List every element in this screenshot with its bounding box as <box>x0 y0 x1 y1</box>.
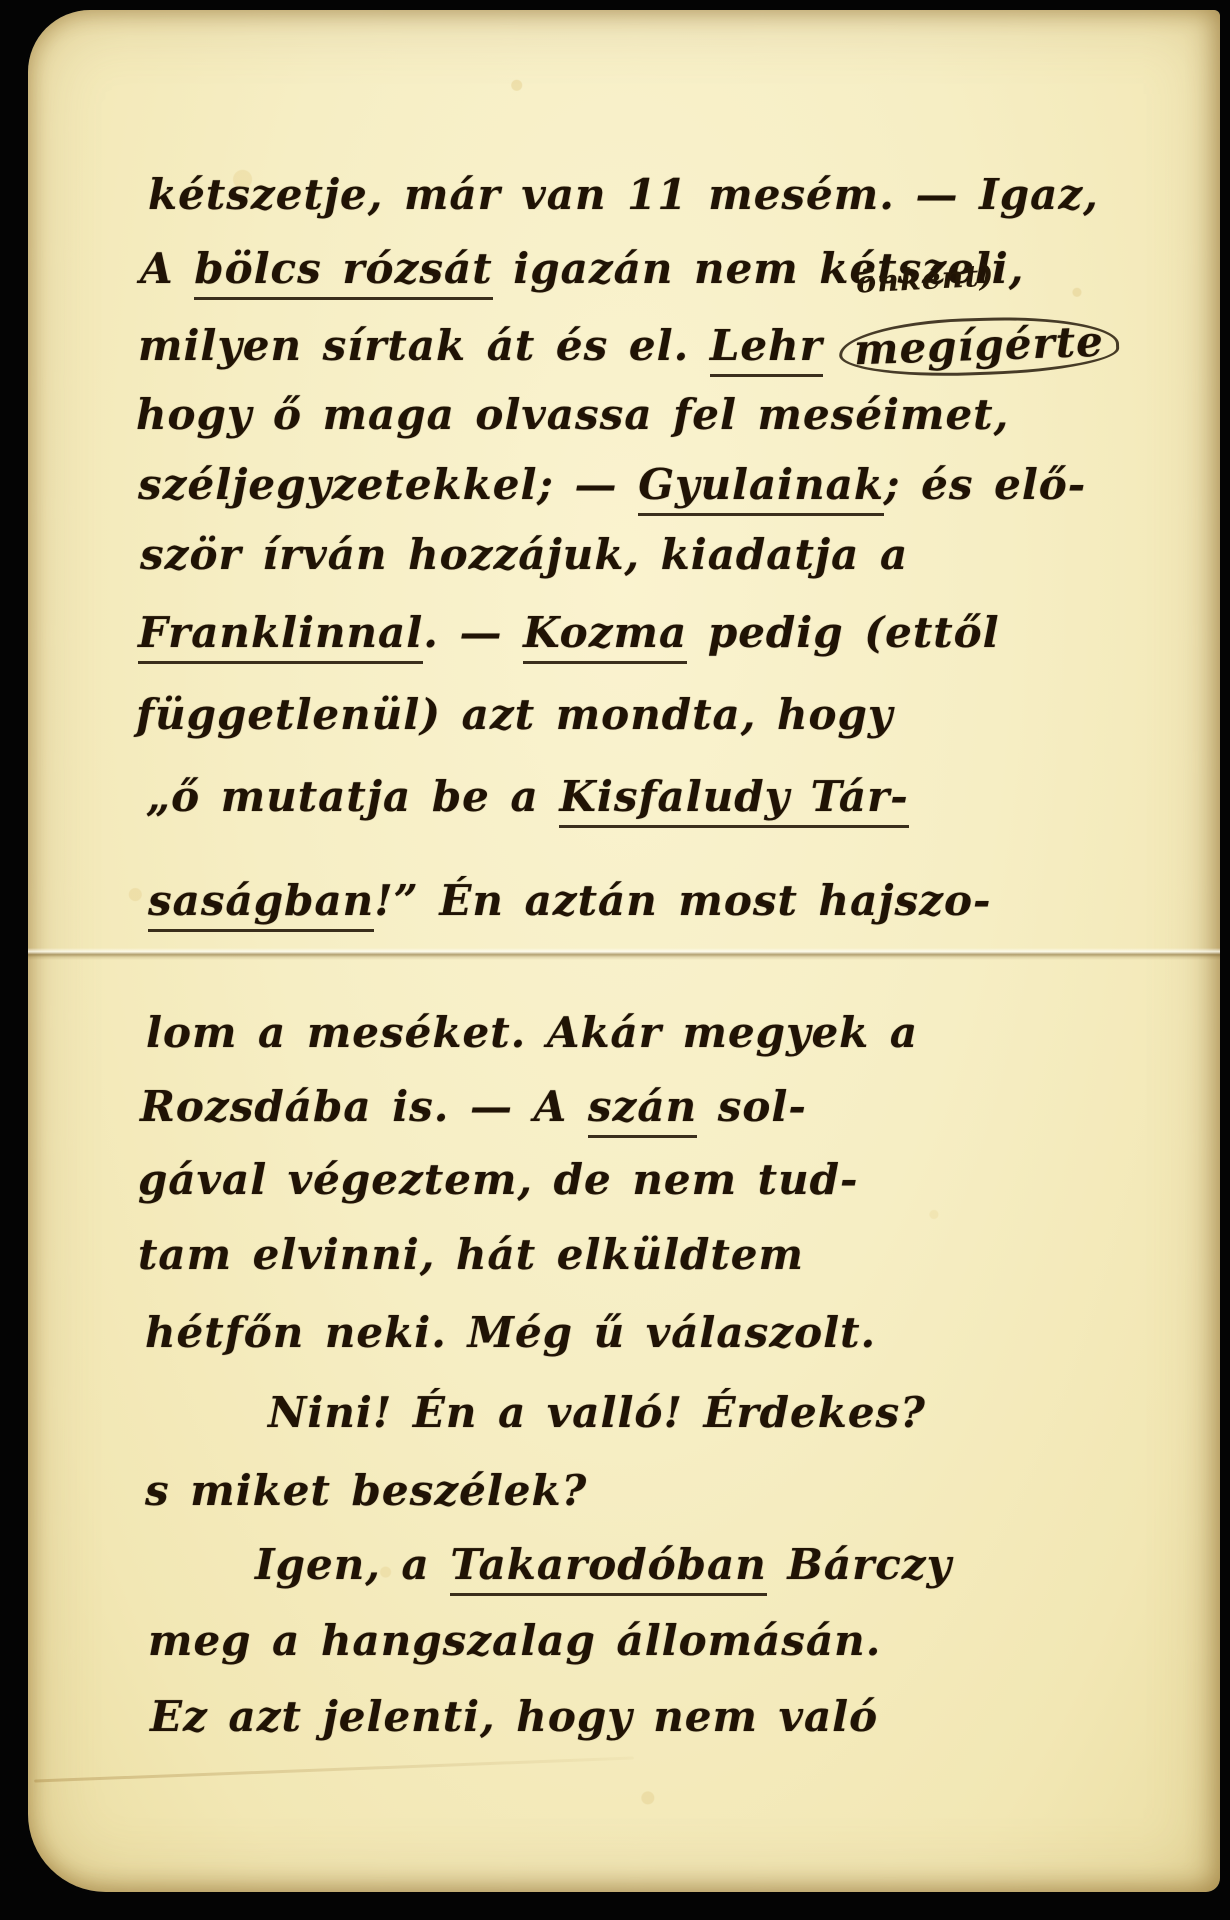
handwritten-line-11: lom a meséket. Akár megyek a <box>146 1008 918 1057</box>
underlined-word: Franklinnal <box>138 608 423 664</box>
handwritten-line-13: gával végeztem, de nem tud- <box>138 1155 858 1204</box>
underlined-word: bölcs rózsát <box>194 244 492 300</box>
handwritten-line-19: meg a hangszalag állomásán. <box>148 1616 881 1665</box>
handwritten-line-8: függetlenül) azt mondta, hogy <box>136 690 893 739</box>
handwritten-text: sol- <box>697 1082 807 1131</box>
underlined-word: szán <box>588 1082 697 1138</box>
handwritten-text: kétszetje, már van 11 mesém. — Igaz, <box>148 170 1099 219</box>
inserted-word-annotation: önként) <box>855 258 995 300</box>
handwritten-line-7: Franklinnal. — Kozma pedig (ettől <box>138 608 1000 657</box>
handwritten-text: tam elvinni, hát elküldtem <box>138 1230 804 1279</box>
handwritten-line-15: hétfőn neki. Még ű válaszolt. <box>145 1308 876 1357</box>
handwritten-text: s miket beszélek? <box>145 1466 587 1515</box>
handwritten-text: ször írván hozzájuk, kiadatja a <box>140 530 908 579</box>
handwriting-layer: kétszetje, már van 11 mesém. — Igaz,A bö… <box>0 0 1230 1920</box>
handwritten-text: . — <box>423 608 523 657</box>
underlined-word: Kozma <box>523 608 687 664</box>
scanned-letter-page: { "document_kind": "handwritten letter p… <box>0 0 1230 1920</box>
handwritten-line-5: széljegyzetekkel; — Gyulainak; és elő- <box>138 460 1086 509</box>
handwritten-text: hogy ő maga olvassa fel meséimet, <box>136 390 1009 439</box>
handwritten-text: függetlenül) azt mondta, hogy <box>136 690 893 739</box>
handwritten-line-17: s miket beszélek? <box>145 1466 587 1515</box>
handwritten-text: pedig (ettől <box>687 608 999 657</box>
handwritten-text: Igen, a <box>255 1540 450 1589</box>
underlined-word: Kisfaludy Tár- <box>559 772 908 828</box>
handwritten-text: !” Én aztán most hajszo- <box>374 876 991 925</box>
handwritten-text: A <box>140 244 194 293</box>
underlined-word: Gyulainak <box>638 460 884 516</box>
handwritten-line-16: Nini! Én a valló! Érdekes? <box>268 1388 926 1437</box>
handwritten-text: milyen sírtak át és el. <box>138 321 710 370</box>
handwritten-text: hétfőn neki. Még ű válaszolt. <box>145 1308 876 1357</box>
handwritten-text: gával végeztem, de nem tud- <box>138 1155 858 1204</box>
handwritten-line-3: milyen sírtak át és el. Lehr megígérte <box>138 318 1119 375</box>
circled-word: megígérte <box>838 313 1120 380</box>
handwritten-line-12: Rozsdába is. — A szán sol- <box>140 1082 807 1131</box>
handwritten-line-10: saságban!” Én aztán most hajszo- <box>148 876 991 925</box>
handwritten-line-18: Igen, a Takarodóban Bárczy <box>255 1540 952 1589</box>
handwritten-text <box>823 321 844 370</box>
handwritten-text: széljegyzetekkel; — <box>138 460 638 509</box>
handwritten-text: Nini! Én a valló! Érdekes? <box>268 1388 926 1437</box>
handwritten-text: Bárczy <box>767 1540 952 1589</box>
underlined-word: saságban <box>148 876 374 932</box>
handwritten-line-9: „ő mutatja be a Kisfaludy Tár- <box>146 772 909 821</box>
handwritten-line-1: kétszetje, már van 11 mesém. — Igaz, <box>148 170 1099 219</box>
handwritten-text: lom a meséket. Akár megyek a <box>146 1008 918 1057</box>
handwritten-line-20: Ez azt jelenti, hogy nem való <box>150 1692 878 1741</box>
handwritten-text: Ez azt jelenti, hogy nem való <box>150 1692 878 1741</box>
handwritten-text: ; és elő- <box>884 460 1086 509</box>
handwritten-text: meg a hangszalag állomásán. <box>148 1616 881 1665</box>
underlined-word: Lehr <box>710 321 823 377</box>
handwritten-line-4: hogy ő maga olvassa fel meséimet, <box>136 390 1009 439</box>
handwritten-line-14: tam elvinni, hát elküldtem <box>138 1230 804 1279</box>
handwritten-line-6: ször írván hozzájuk, kiadatja a <box>140 530 908 579</box>
underlined-word: Takarodóban <box>450 1540 766 1596</box>
handwritten-text: „ő mutatja be a <box>146 772 559 821</box>
handwritten-text: Rozsdába is. — A <box>140 1082 588 1131</box>
